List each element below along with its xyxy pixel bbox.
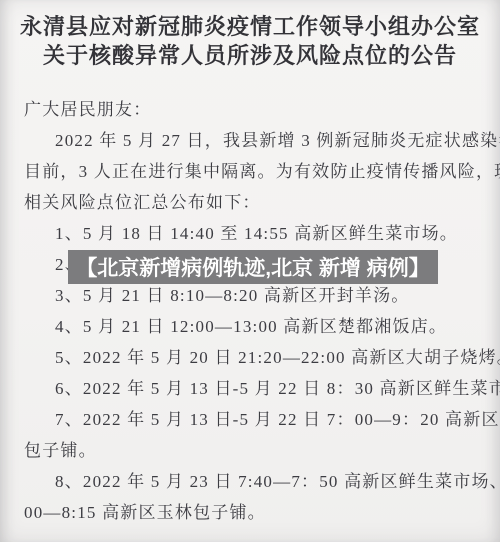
risk-point-line-4: 4、5 月 21 日 12:00—13:00 高新区楚都湘饭店。 bbox=[24, 311, 476, 342]
risk-point-line-5: 5、2022 年 5 月 20 日 21:20—22:00 高新区大胡子烧烤。 bbox=[24, 342, 476, 373]
risk-point-line-8: 8、2022 年 5 月 23 日 7:40—7：50 高新区鲜生菜市场、8： bbox=[24, 466, 476, 497]
risk-point-line-3: 3、5 月 21 日 8:10—8:20 高新区开封羊汤。 bbox=[24, 280, 476, 311]
document-title-line-2: 关于核酸异常人员所涉及风险点位的公告 bbox=[0, 41, 500, 70]
risk-point-line-7: 7、2022 年 5 月 13 日-5 月 22 日 7：00—9：20 高新区… bbox=[24, 404, 476, 435]
risk-point-line-8-wrap: 00—8:15 高新区玉林包子铺。 bbox=[24, 497, 476, 528]
salutation: 广大居民朋友： bbox=[24, 94, 476, 125]
paragraph-line: 2022 年 5 月 27 日，我县新增 3 例新冠肺炎无症状感染者。 bbox=[24, 125, 476, 156]
document-title: 永清县应对新冠肺炎疫情工作领导小组办公室 关于核酸异常人员所涉及风险点位的公告 bbox=[0, 0, 500, 70]
watermark-caption-banner: 【北京新增病例轨迹,北京 新增 病例】 bbox=[68, 250, 438, 284]
document-title-line-1: 永清县应对新冠肺炎疫情工作领导小组办公室 bbox=[0, 12, 500, 41]
notice-document: 永清县应对新冠肺炎疫情工作领导小组办公室 关于核酸异常人员所涉及风险点位的公告 … bbox=[0, 0, 500, 542]
paragraph-line: 目前，3 人正在进行集中隔离。为有效防止疫情传播风险，现将 bbox=[24, 156, 476, 187]
paragraph-line: 相关风险点位汇总公布如下： bbox=[24, 187, 476, 218]
risk-point-line-6: 6、2022 年 5 月 13 日-5 月 22 日 8：30 高新区鲜生菜市场 bbox=[24, 373, 476, 404]
risk-point-line-7-wrap: 包子铺。 bbox=[24, 435, 476, 466]
risk-point-line-1: 1、5 月 18 日 14:40 至 14:55 高新区鲜生菜市场。 bbox=[24, 218, 476, 249]
document-body: 广大居民朋友： 2022 年 5 月 27 日，我县新增 3 例新冠肺炎无症状感… bbox=[0, 94, 500, 528]
